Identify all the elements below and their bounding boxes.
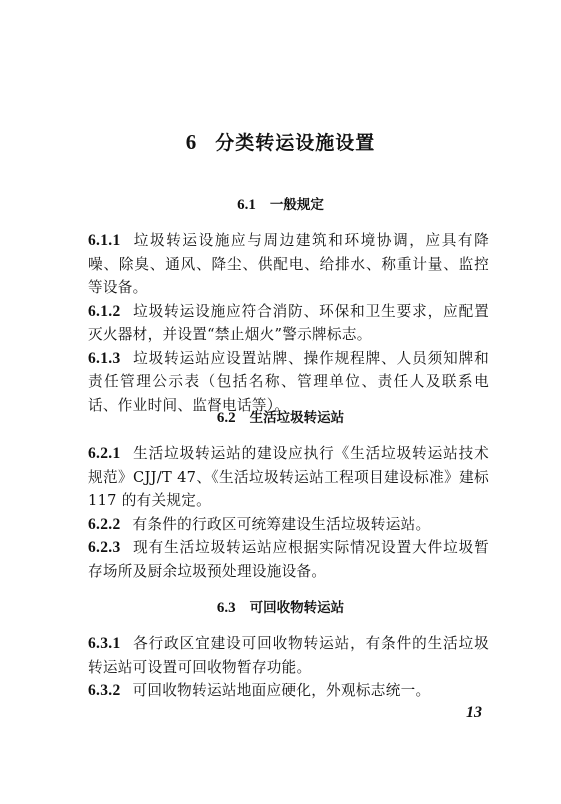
clause-number: 6.2.2 xyxy=(88,516,121,533)
section-title-text: 生活垃圾转运站 xyxy=(250,410,345,426)
clause-6-1-2: 6.1.2垃圾转运设施应符合消防、环保和卫生要求，应配置灭火器材，并设置“禁止烟… xyxy=(88,300,489,347)
section-number: 6.2 xyxy=(217,410,236,426)
section-title-text: 可回收物转运站 xyxy=(250,600,345,616)
clause-6-2-3: 6.2.3现有生活垃圾转运站应根据实际情况设置大件垃圾暂存场所及厨余垃圾预处理设… xyxy=(88,536,489,583)
clause-number: 6.3.1 xyxy=(88,635,121,652)
chapter-number: 6 xyxy=(186,130,198,154)
clause-number: 6.3.2 xyxy=(88,682,121,699)
clause-text: 可回收物转运站地面应硬化，外观标志统一。 xyxy=(133,682,431,699)
clause-number: 6.1.3 xyxy=(88,350,121,367)
clause-text: 有条件的行政区可统筹建设生活垃圾转运站。 xyxy=(133,516,431,533)
clause-text: 垃圾转运设施应与周边建筑和环境协调，应具有降噪、除臭、通风、降尘、供配电、给排水… xyxy=(88,232,489,296)
clause-number: 6.2.1 xyxy=(88,445,121,462)
section-title-6-2: 6.2生活垃圾转运站 xyxy=(0,406,561,427)
clause-6-3-1: 6.3.1各行政区宜建设可回收物转运站，有条件的生活垃圾转运站可设置可回收物暂存… xyxy=(88,632,489,679)
section-body-6-3: 6.3.1各行政区宜建设可回收物转运站，有条件的生活垃圾转运站可设置可回收物暂存… xyxy=(88,632,489,703)
clause-6-2-1: 6.2.1生活垃圾转运站的建设应执行《生活垃圾转运站技术规范》CJJ/T 47、… xyxy=(88,442,489,513)
section-number: 6.3 xyxy=(217,600,236,616)
section-title-text: 一般规定 xyxy=(270,197,324,213)
section-body-6-1: 6.1.1垃圾转运设施应与周边建筑和环境协调，应具有降噪、除臭、通风、降尘、供配… xyxy=(88,229,489,417)
section-title-6-3: 6.3可回收物转运站 xyxy=(0,596,561,617)
clause-text: 生活垃圾转运站的建设应执行《生活垃圾转运站技术规范》CJJ/T 47、《生活垃圾… xyxy=(88,445,489,509)
section-body-6-2: 6.2.1生活垃圾转运站的建设应执行《生活垃圾转运站技术规范》CJJ/T 47、… xyxy=(88,442,489,583)
clause-6-1-1: 6.1.1垃圾转运设施应与周边建筑和环境协调，应具有降噪、除臭、通风、降尘、供配… xyxy=(88,229,489,300)
clause-text: 各行政区宜建设可回收物转运站，有条件的生活垃圾转运站可设置可回收物暂存功能。 xyxy=(88,635,489,676)
clause-6-3-2: 6.3.2可回收物转运站地面应硬化，外观标志统一。 xyxy=(88,679,489,703)
clause-number: 6.1.1 xyxy=(88,232,121,249)
clause-text: 垃圾转运站应设置站牌、操作规程牌、人员须知牌和责任管理公示表（包括名称、管理单位… xyxy=(88,350,489,414)
clause-text: 垃圾转运设施应符合消防、环保和卫生要求，应配置灭火器材，并设置“禁止烟火”警示牌… xyxy=(88,303,489,344)
clause-number: 6.1.2 xyxy=(88,303,121,320)
chapter-title: 6分类转运设施设置 xyxy=(0,128,561,155)
section-title-6-1: 6.1一般规定 xyxy=(0,193,561,214)
clause-text: 现有生活垃圾转运站应根据实际情况设置大件垃圾暂存场所及厨余垃圾预处理设施设备。 xyxy=(88,539,489,580)
clause-6-2-2: 6.2.2有条件的行政区可统筹建设生活垃圾转运站。 xyxy=(88,513,489,537)
chapter-title-text: 分类转运设施设置 xyxy=(215,132,375,154)
document-page: 6分类转运设施设置 6.1一般规定 6.1.1垃圾转运设施应与周边建筑和环境协调… xyxy=(0,0,561,804)
page-number: 13 xyxy=(466,704,482,722)
clause-number: 6.2.3 xyxy=(88,539,121,556)
section-number: 6.1 xyxy=(237,197,256,213)
